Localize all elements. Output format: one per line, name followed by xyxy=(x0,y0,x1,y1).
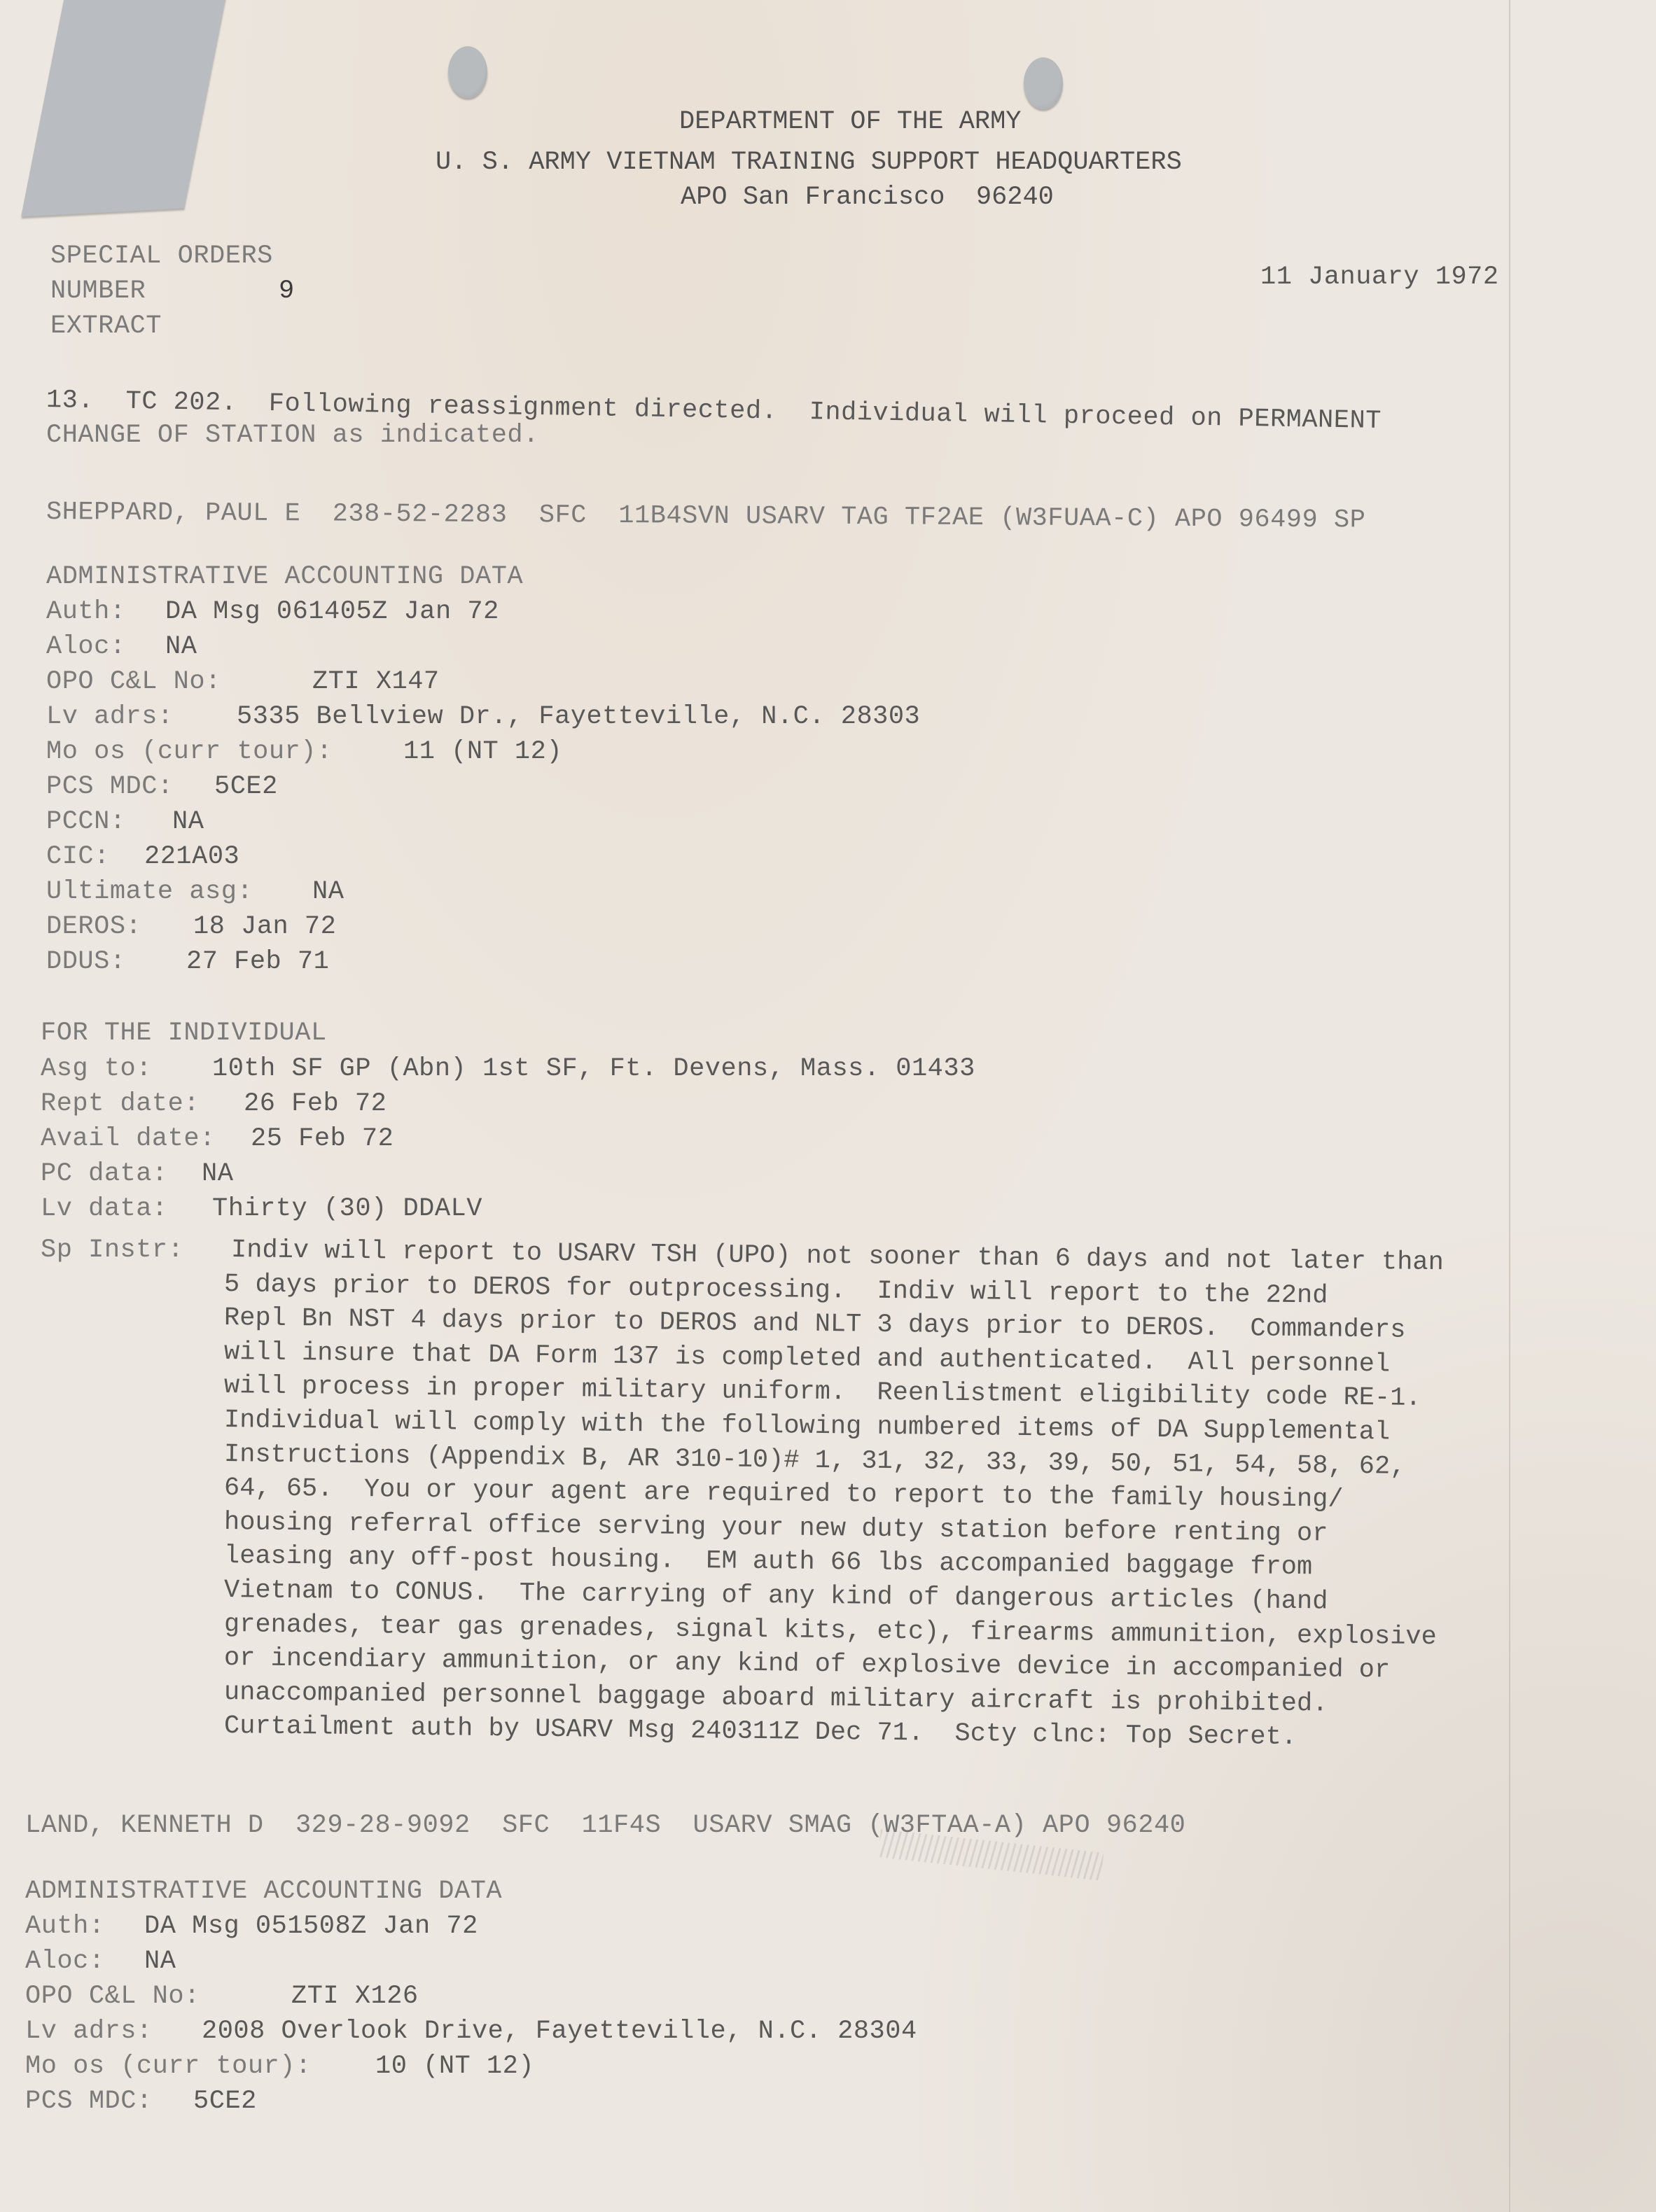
individual-field-value: 26 Feb 72 xyxy=(244,1087,387,1121)
admin-field-label: PCS MDC: xyxy=(25,2085,153,2118)
fold-line xyxy=(1509,0,1510,2212)
admin-field-value: 221A03 xyxy=(144,840,239,874)
punch-hole-right xyxy=(1024,57,1063,109)
admin-field-value: NA xyxy=(144,1945,176,1978)
admin-field-label: Auth: xyxy=(46,595,126,629)
order-date: 11 January 1972 xyxy=(1260,260,1499,294)
extract-label: EXTRACT xyxy=(50,309,162,343)
admin-field-value: 10 (NT 12) xyxy=(375,2050,534,2083)
admin-field-label: OPO C&L No: xyxy=(46,665,221,699)
admin-field-label: Lv adrs: xyxy=(46,700,174,734)
individual-field-label: Asg to: xyxy=(41,1052,152,1086)
admin-field-value: 2008 Overlook Drive, Fayetteville, N.C. … xyxy=(202,2015,917,2048)
admin-field-label: DEROS: xyxy=(46,910,141,944)
admin-field-label: Auth: xyxy=(25,1910,105,1943)
admin-field-value: NA xyxy=(312,875,344,909)
paragraph-13-line2: CHANGE OF STATION as indicated. xyxy=(46,419,539,452)
entry-1-sp-instr-label: Sp Instr: xyxy=(41,1233,183,1267)
admin-field-label: CIC: xyxy=(46,840,110,874)
admin-field-value: NA xyxy=(165,630,197,664)
admin-field-label: PCCN: xyxy=(46,805,126,839)
individual-field-label: PC data: xyxy=(41,1157,168,1191)
individual-field-value: 10th SF GP (Abn) 1st SF, Ft. Devens, Mas… xyxy=(212,1052,975,1086)
admin-field-label: Aloc: xyxy=(25,1945,105,1978)
admin-field-label: Lv adrs: xyxy=(25,2015,153,2048)
admin-field-label: Aloc: xyxy=(46,630,126,664)
admin-field-value: 5CE2 xyxy=(214,770,278,804)
admin-field-label: DDUS: xyxy=(46,945,126,979)
admin-field-value: DA Msg 051508Z Jan 72 xyxy=(144,1910,478,1943)
individual-field-value: 25 Feb 72 xyxy=(251,1122,394,1156)
admin-field-value: NA xyxy=(172,805,204,839)
admin-field-value: 5CE2 xyxy=(193,2085,257,2118)
letterhead-department: DEPARTMENT OF THE ARMY xyxy=(679,105,1021,139)
admin-field-value: 5335 Bellview Dr., Fayetteville, N.C. 28… xyxy=(237,700,920,734)
admin-field-value: 27 Feb 71 xyxy=(186,945,329,979)
admin-field-label: OPO C&L No: xyxy=(25,1980,200,2013)
admin-field-value: ZTI X147 xyxy=(312,665,440,699)
order-number: 9 xyxy=(279,274,295,308)
special-orders-label: SPECIAL ORDERS xyxy=(50,239,273,273)
admin-field-label: Mo os (curr tour): xyxy=(46,735,333,769)
admin-field-label: Ultimate asg: xyxy=(46,875,253,909)
individual-field-label: Avail date: xyxy=(41,1122,216,1156)
individual-field-label: Lv data: xyxy=(41,1192,168,1226)
admin-field-value: DA Msg 061405Z Jan 72 xyxy=(165,595,499,629)
entry-1-admin-title: ADMINISTRATIVE ACCOUNTING DATA xyxy=(46,560,523,594)
letterhead-address: APO San Francisco 96240 xyxy=(681,181,1054,214)
admin-field-value: ZTI X126 xyxy=(291,1980,419,2013)
entry-1-individual-title: FOR THE INDIVIDUAL xyxy=(41,1016,327,1050)
individual-field-label: Rept date: xyxy=(41,1087,200,1121)
admin-field-value: 11 (NT 12) xyxy=(403,735,562,769)
individual-field-value: Thirty (30) DDALV xyxy=(212,1192,482,1226)
admin-field-value: 18 Jan 72 xyxy=(193,910,336,944)
admin-field-label: PCS MDC: xyxy=(46,770,174,804)
entry-2-admin-title: ADMINISTRATIVE ACCOUNTING DATA xyxy=(25,1875,502,1908)
punch-hole-left xyxy=(448,46,487,98)
admin-field-label: Mo os (curr tour): xyxy=(25,2050,312,2083)
individual-field-value: NA xyxy=(202,1157,233,1191)
letterhead-unit: U. S. ARMY VIETNAM TRAINING SUPPORT HEAD… xyxy=(436,146,1182,179)
entry-2-heading: LAND, KENNETH D 329-28-9092 SFC 11F4S US… xyxy=(25,1809,1185,1842)
number-label: NUMBER xyxy=(50,274,146,308)
